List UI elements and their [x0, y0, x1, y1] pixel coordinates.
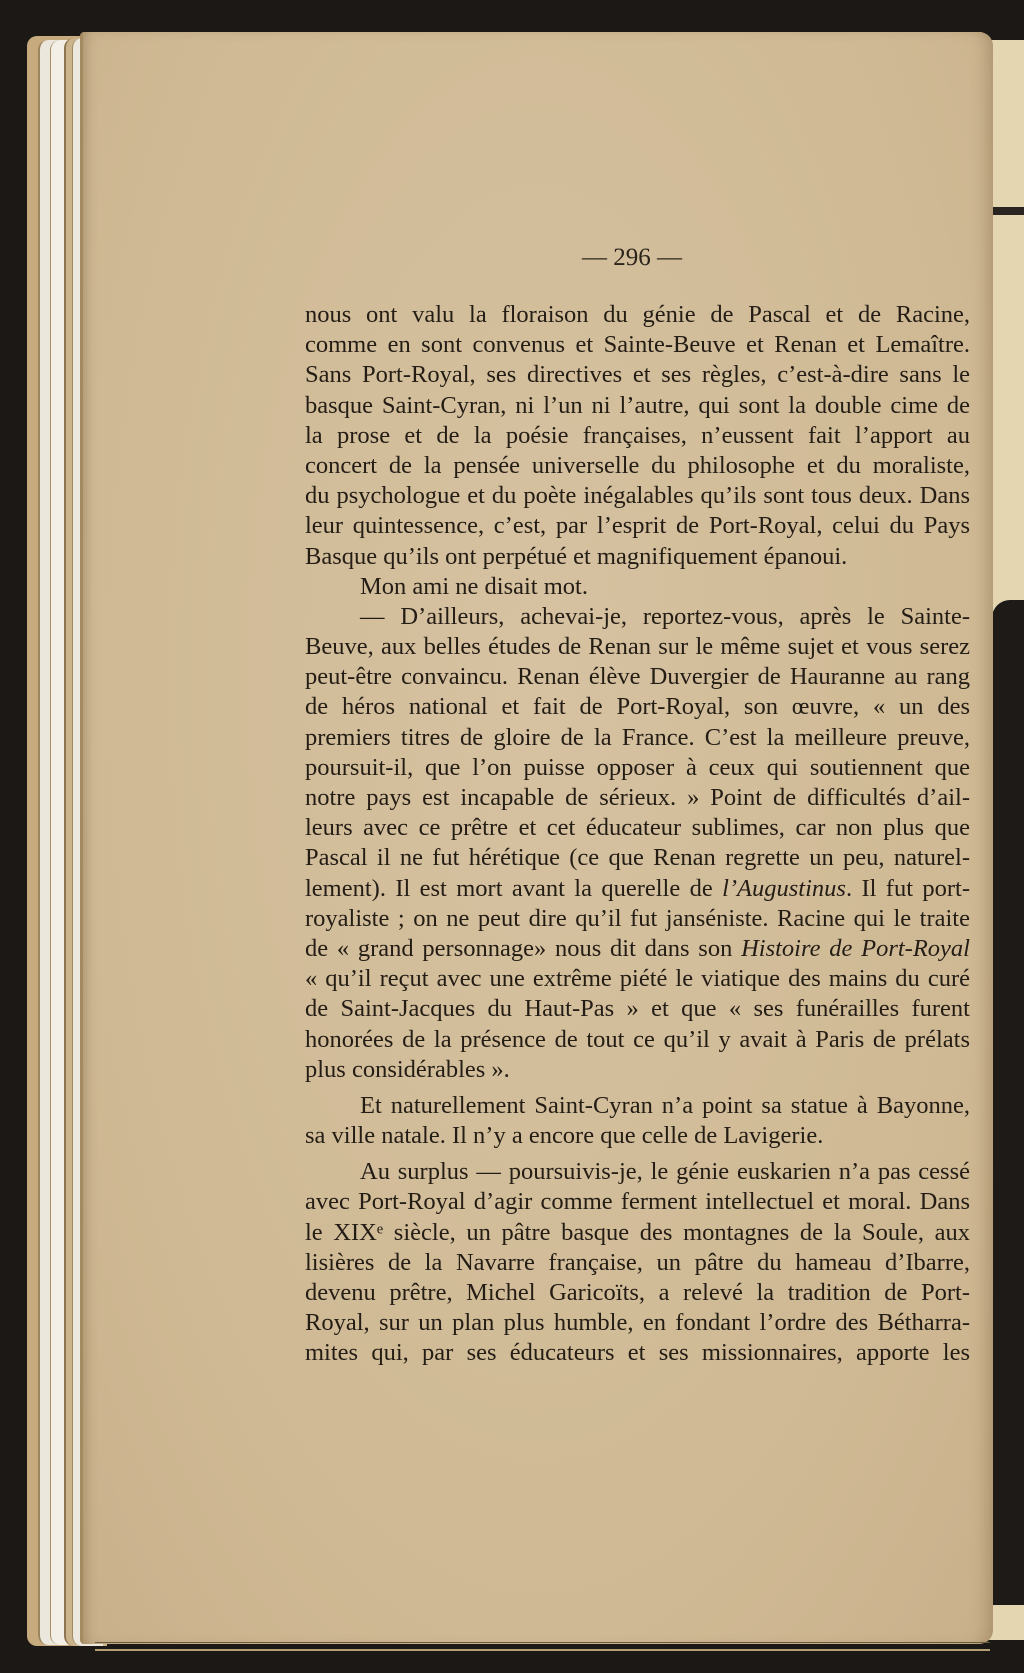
text-line: sa ville natale. Il n’y a encore que cel…	[305, 1121, 970, 1151]
italic-title: l’Augustinus	[722, 875, 846, 902]
text-line: Mon ami ne disait mot.	[305, 572, 970, 602]
text-line: nous ont valu la floraison du génie de P…	[305, 300, 970, 330]
text-line: de Saint-Jacques du Haut-Pas » et que « …	[305, 994, 970, 1024]
text-line: mites qui, par ses éducateurs et ses mis…	[305, 1338, 970, 1368]
text-line: « qu’il reçut avec une extrême piété le …	[305, 964, 970, 994]
page-number: — 296 —	[0, 244, 1024, 272]
text-line: le XIXᵉ siècle, un pâtre basque des mont…	[305, 1218, 970, 1248]
text-line: Basque qu’ils ont perpétué et magnifique…	[305, 542, 970, 572]
text-line: Pascal il ne fut hérétique (ce que Renan…	[305, 843, 970, 873]
text-line: de héros national et fait de Port-Royal,…	[305, 692, 970, 722]
text-line: Beuve, aux belles études de Renan sur le…	[305, 632, 970, 662]
text-line: plus considérables ».	[305, 1055, 970, 1085]
body-text: nous ont valu la floraison du génie de P…	[305, 300, 970, 1369]
text-line: du psychologue et du poète inégalables q…	[305, 481, 970, 511]
text-line: notre pays est incapable de sérieux. » P…	[305, 783, 970, 813]
text-line: basque Saint-Cyran, ni l’un ni l’autre, …	[305, 391, 970, 421]
text-line: Royal, sur un plan plus humble, en fonda…	[305, 1308, 970, 1338]
text-line: Et naturellement Saint-Cyran n’a point s…	[305, 1091, 970, 1121]
text-line: poursuit-il, que l’on puisse opposer à c…	[305, 753, 970, 783]
text-line: de « grand personnage» nous dit dans son…	[305, 934, 970, 964]
text-line: royaliste ; on ne peut dire qu’il fut ja…	[305, 904, 970, 934]
text-line: leur quintessence, c’est, par l’esprit d…	[305, 511, 970, 541]
text-line: — D’ailleurs, achevai-je, reportez-vous,…	[305, 602, 970, 632]
adjacent-page-illustration	[992, 600, 1024, 1605]
text-line: comme en sont convenus et Sainte-Beuve e…	[305, 330, 970, 360]
italic-title: Histoire de Port-Royal	[741, 935, 970, 962]
text-line: la prose et de la poésie françaises, n’e…	[305, 421, 970, 451]
text-line: lisières de la Navarre française, un pât…	[305, 1248, 970, 1278]
text-line: premiers titres de gloire de la France. …	[305, 723, 970, 753]
text-line: honorées de la présence de tout ce qu’il…	[305, 1025, 970, 1055]
text-line: concert de la pensée universelle du phil…	[305, 451, 970, 481]
text-line: avec Port-Royal d’agir comme ferment int…	[305, 1187, 970, 1217]
page-bottom-edge	[95, 1642, 990, 1651]
text-line: Sans Port-Royal, ses directives et ses r…	[305, 360, 970, 390]
text-line: devenu prêtre, Michel Garicoïts, a relev…	[305, 1278, 970, 1308]
text-line: leurs avec ce prêtre et cet éducateur su…	[305, 813, 970, 843]
text-line: lement). Il est mort avant la querelle d…	[305, 874, 970, 904]
text-line: Au surplus — poursuivis-je, le génie eus…	[305, 1157, 970, 1187]
text-line: peut-être convaincu. Renan élève Duvergi…	[305, 662, 970, 692]
